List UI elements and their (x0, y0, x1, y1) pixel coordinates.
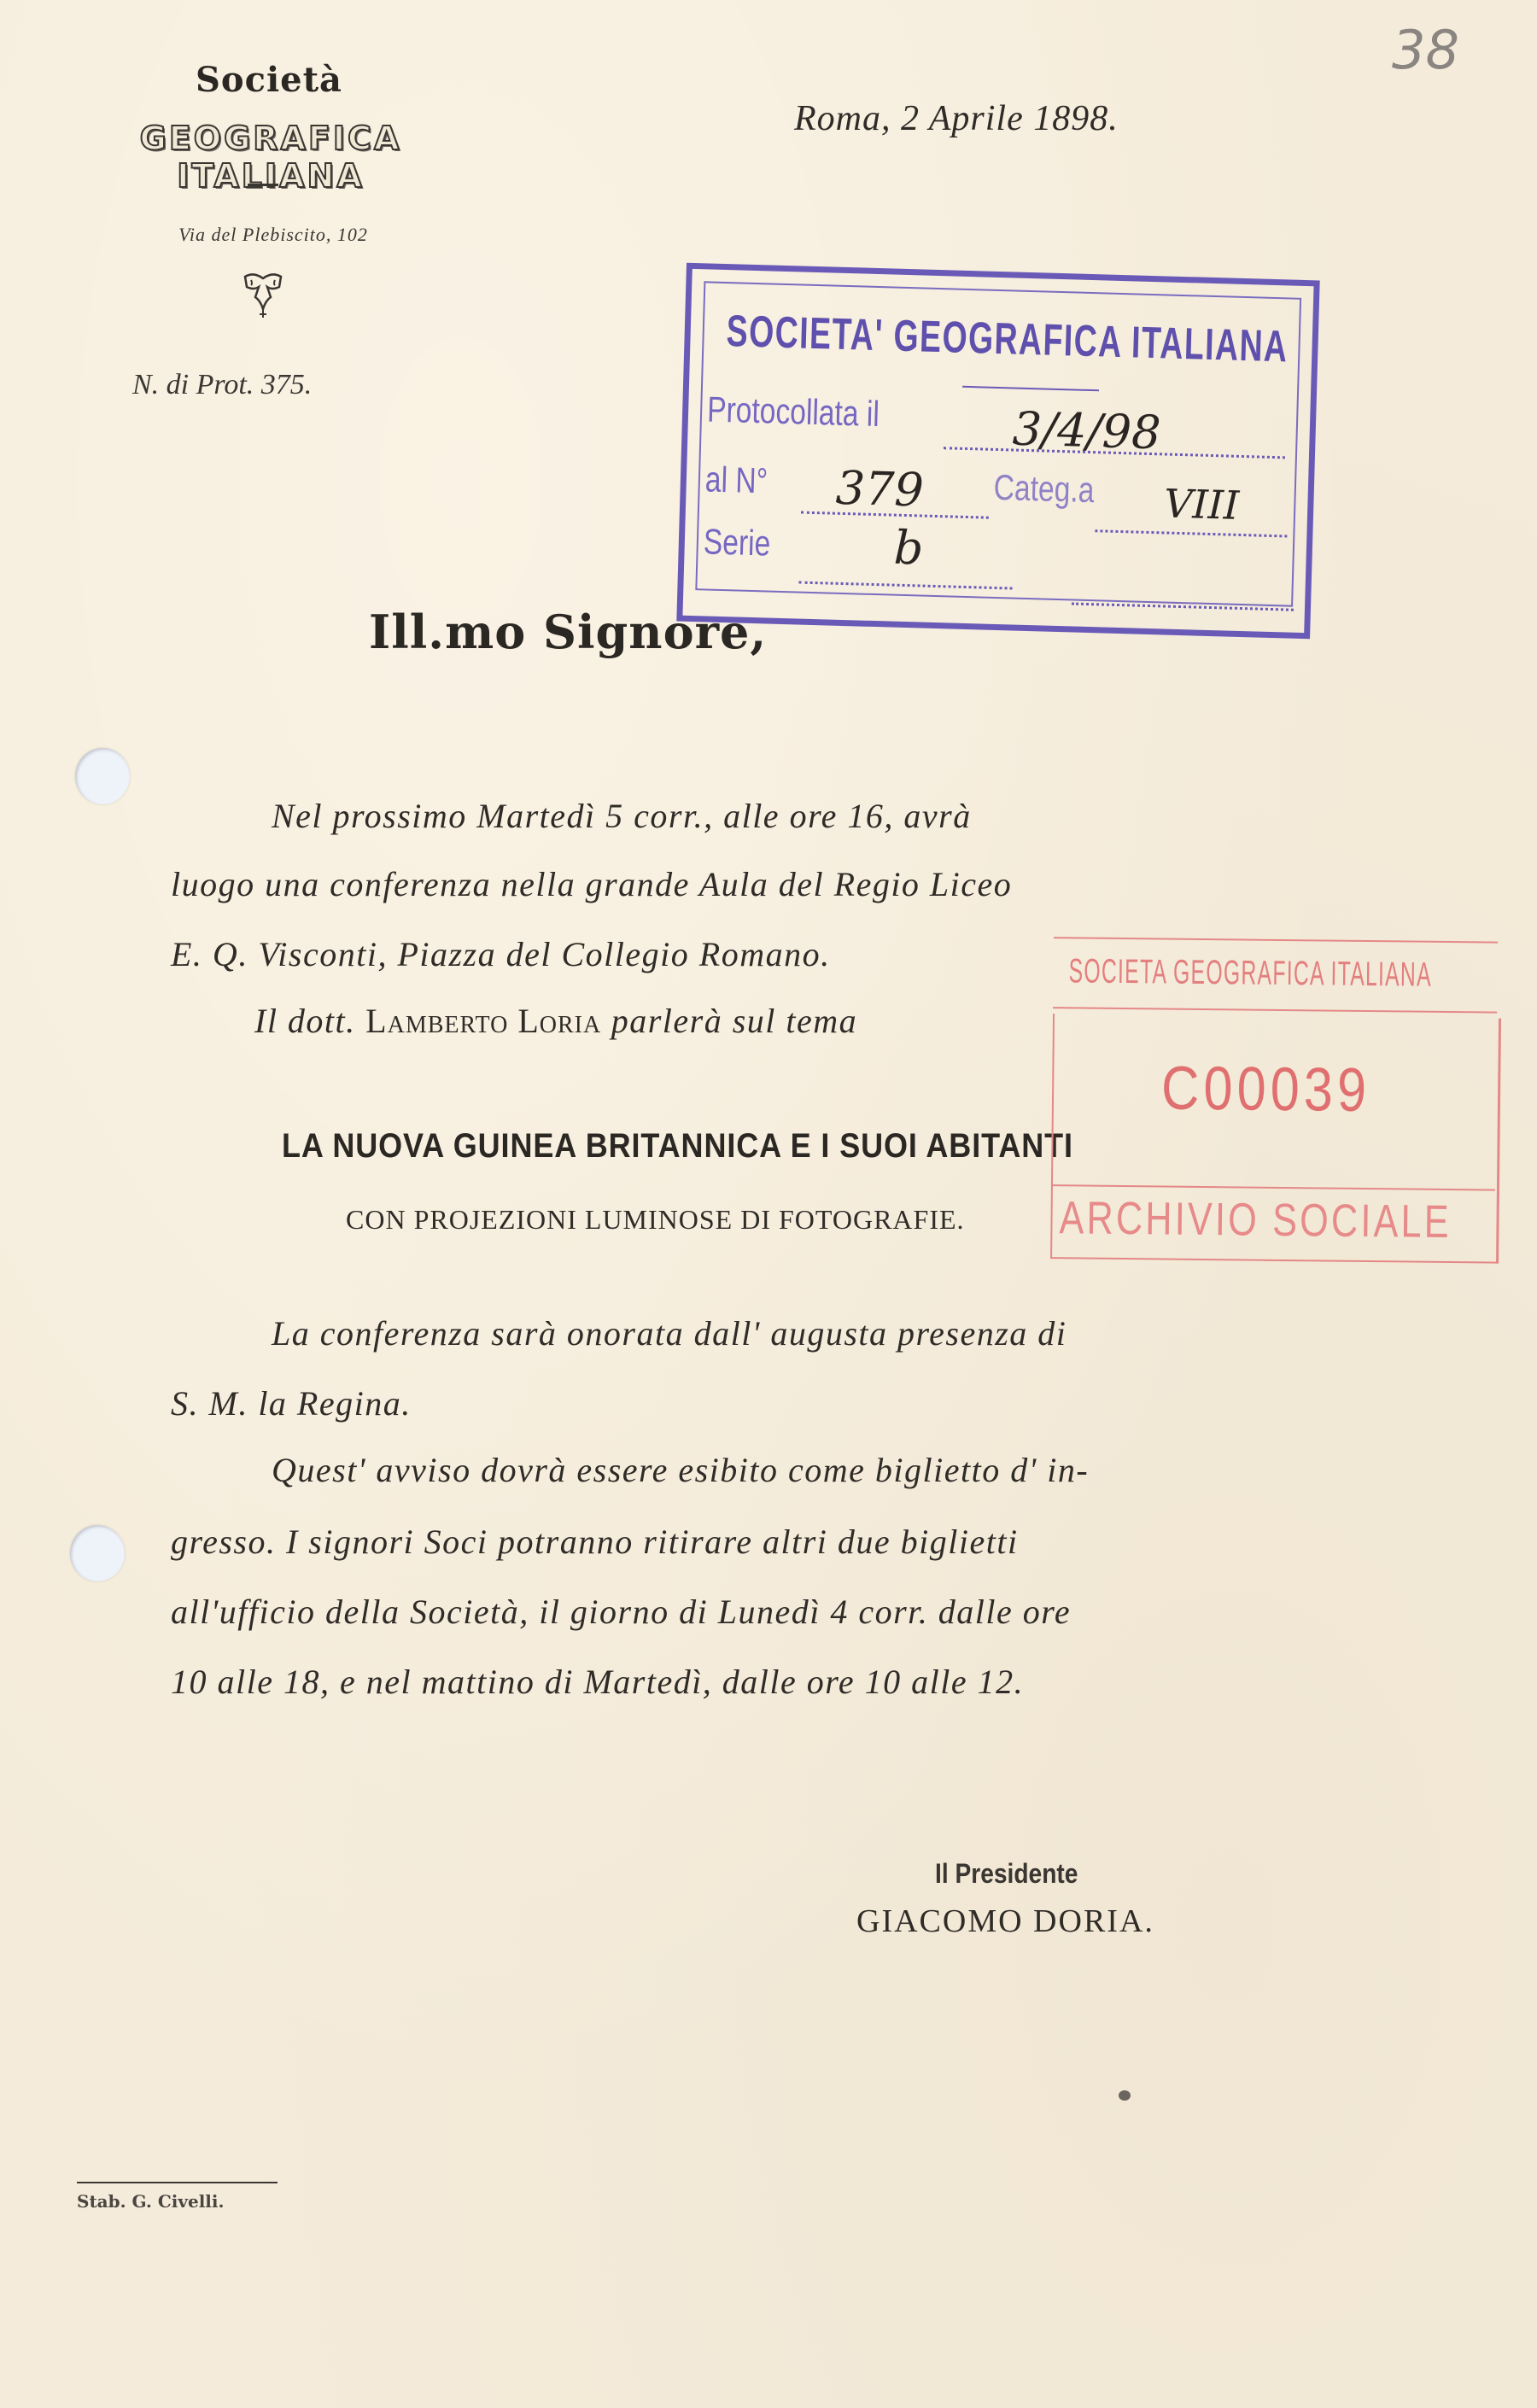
signature-title: Il Presidente (935, 1858, 1078, 1890)
serie-handwritten: b (893, 521, 924, 576)
protocollata-date-handwritten: 3/4/98 (1012, 401, 1162, 459)
body-line: E. Q. Visconti, Piazza del Collegio Roma… (171, 934, 831, 974)
categoria-label: Categ.a (993, 467, 1095, 511)
protocol-stamp: SOCIETA' GEOGRAFICA ITALIANA Protocollat… (676, 263, 1319, 640)
body-line: all'ufficio della Società, il giorno di … (171, 1592, 1071, 1632)
body-line: Quest' avviso dovrà essere esibito come … (272, 1450, 1089, 1490)
archive-stamp-header: SOCIETA GEOGRAFICA ITALIANA (1068, 952, 1432, 994)
letterhead-societa: Società (137, 60, 401, 100)
numero-label: al N° (704, 459, 768, 501)
salutation: Ill.mo Signore, (369, 605, 767, 659)
protocollata-label: Protocollata il (707, 389, 880, 435)
fleuron-icon (242, 272, 284, 323)
body-line: 10 alle 18, e nel mattino di Martedì, da… (171, 1662, 1024, 1702)
ink-spot (1119, 2090, 1131, 2101)
body-line: La conferenza sarà onorata dall' augusta… (272, 1313, 1067, 1353)
archive-stamp-number: C00039 (1161, 1053, 1371, 1125)
printer-rule (77, 2182, 278, 2183)
speaker-prefix: Il dott. (254, 1002, 356, 1040)
lecture-topic: LA NUOVA GUINEA BRITANNICA E I SUOI ABIT… (282, 1127, 1073, 1166)
punch-hole-icon (75, 748, 130, 804)
body-line: luogo una conferenza nella grande Aula d… (171, 864, 1012, 904)
categoria-handwritten: VIII (1164, 480, 1240, 528)
printer-imprint: Stab. G. Civelli. (77, 2191, 224, 2212)
date-line: Roma, 2 Aprile 1898. (794, 98, 1119, 139)
speaker-line: Il dott. Lamberto Loria parlerà sul tema (254, 1001, 857, 1041)
punch-hole-icon (70, 1525, 125, 1581)
folio-number: 38 (1392, 19, 1459, 81)
serie-label: Serie (703, 521, 771, 564)
protocol-number: N. di Prot. 375. (132, 369, 312, 401)
letterhead-rule (248, 184, 278, 186)
speaker-suffix: parlerà sul tema (611, 1002, 857, 1040)
archive-stamp-footer: ARCHIVIO SOCIALE (1059, 1191, 1452, 1248)
body-line: Nel prossimo Martedì 5 corr., alle ore 1… (272, 796, 972, 836)
signature-name: GIACOMO DORIA. (856, 1902, 1154, 1940)
speaker-name: Lamberto Loria (365, 1002, 601, 1040)
body-line: S. M. la Regina. (171, 1383, 412, 1423)
numero-handwritten: 379 (835, 461, 925, 517)
letterhead-address: Via del Plebiscito, 102 (128, 224, 418, 246)
archive-stamp: SOCIETA GEOGRAFICA ITALIANA C00039 ARCHI… (1066, 937, 1505, 1265)
body-line: gresso. I signori Soci potranno ritirare… (171, 1522, 1019, 1562)
lecture-subtopic: CON PROJEZIONI LUMINOSE DI FOTOGRAFIE. (346, 1204, 965, 1236)
